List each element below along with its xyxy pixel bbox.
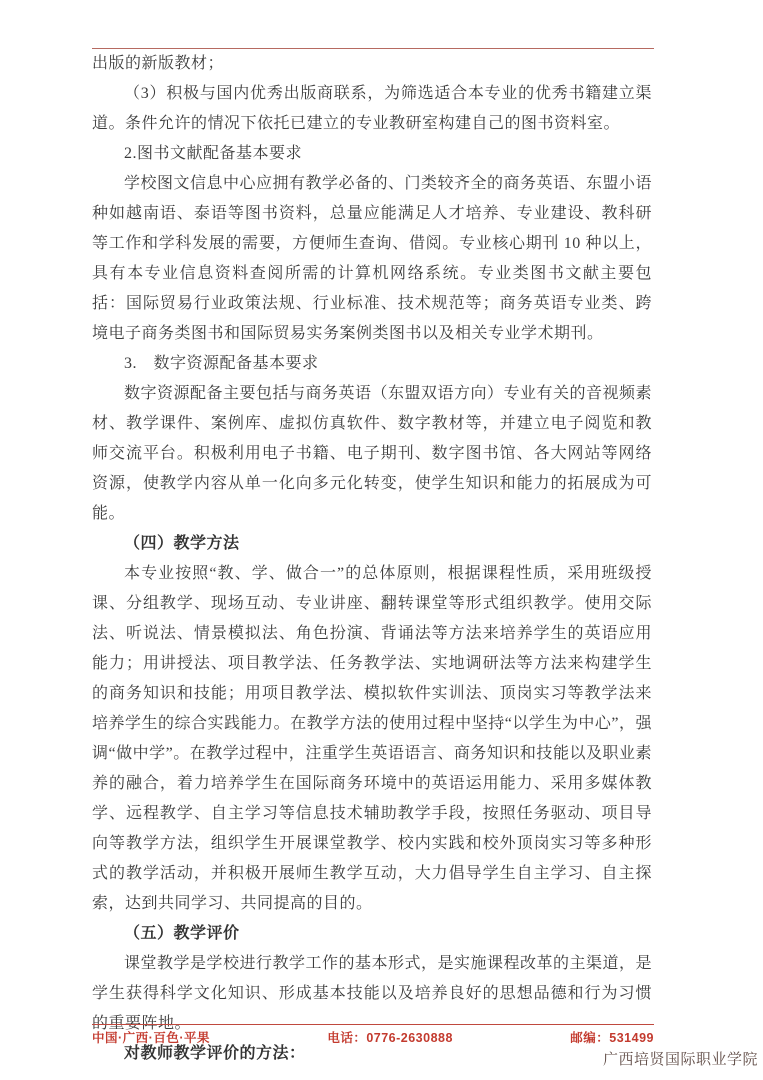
paragraph: 出版的新版教材； [92, 49, 652, 79]
footer-postcode: 邮编：531499 [570, 1028, 654, 1046]
page-footer: 中国·广西·百色·平果 电话：0776-2630888 邮编：531499 [92, 1028, 654, 1046]
document-body: 出版的新版教材；（3）积极与国内优秀出版商联系，为筛选适合本专业的优秀书籍建立渠… [92, 49, 652, 1069]
paragraph: 课堂教学是学校进行教学工作的基本形式，是实施课程改革的主渠道，是学生获得科学文化… [92, 949, 652, 1039]
paragraph: 学校图文信息中心应拥有教学必备的、门类较齐全的商务英语、东盟小语种如越南语、泰语… [92, 169, 652, 349]
college-name: 广西培贤国际职业学院 [603, 1048, 758, 1069]
footer-location: 中国·广西·百色·平果 [92, 1028, 210, 1046]
paragraph: （3）积极与国内优秀出版商联系，为筛选适合本专业的优秀书籍建立渠道。条件允许的情… [92, 79, 652, 139]
paragraph: 本专业按照“教、学、做合一”的总体原则，根据课程性质，采用班级授课、分组教学、现… [92, 559, 652, 919]
paragraph: 数字资源配备主要包括与商务英语（东盟双语方向）专业有关的音视频素材、教学课件、案… [92, 379, 652, 529]
footer-phone: 电话：0776-2630888 [327, 1028, 453, 1046]
section-heading: （五）教学评价 [92, 919, 652, 949]
section-heading: （四）教学方法 [92, 529, 652, 559]
paragraph: 2.图书文献配备基本要求 [92, 139, 652, 169]
footer-rule [92, 1024, 654, 1025]
document-page: 出版的新版教材；（3）积极与国内优秀出版商联系，为筛选适合本专业的优秀书籍建立渠… [0, 0, 763, 1080]
paragraph: 3. 数字资源配备基本要求 [92, 349, 652, 379]
